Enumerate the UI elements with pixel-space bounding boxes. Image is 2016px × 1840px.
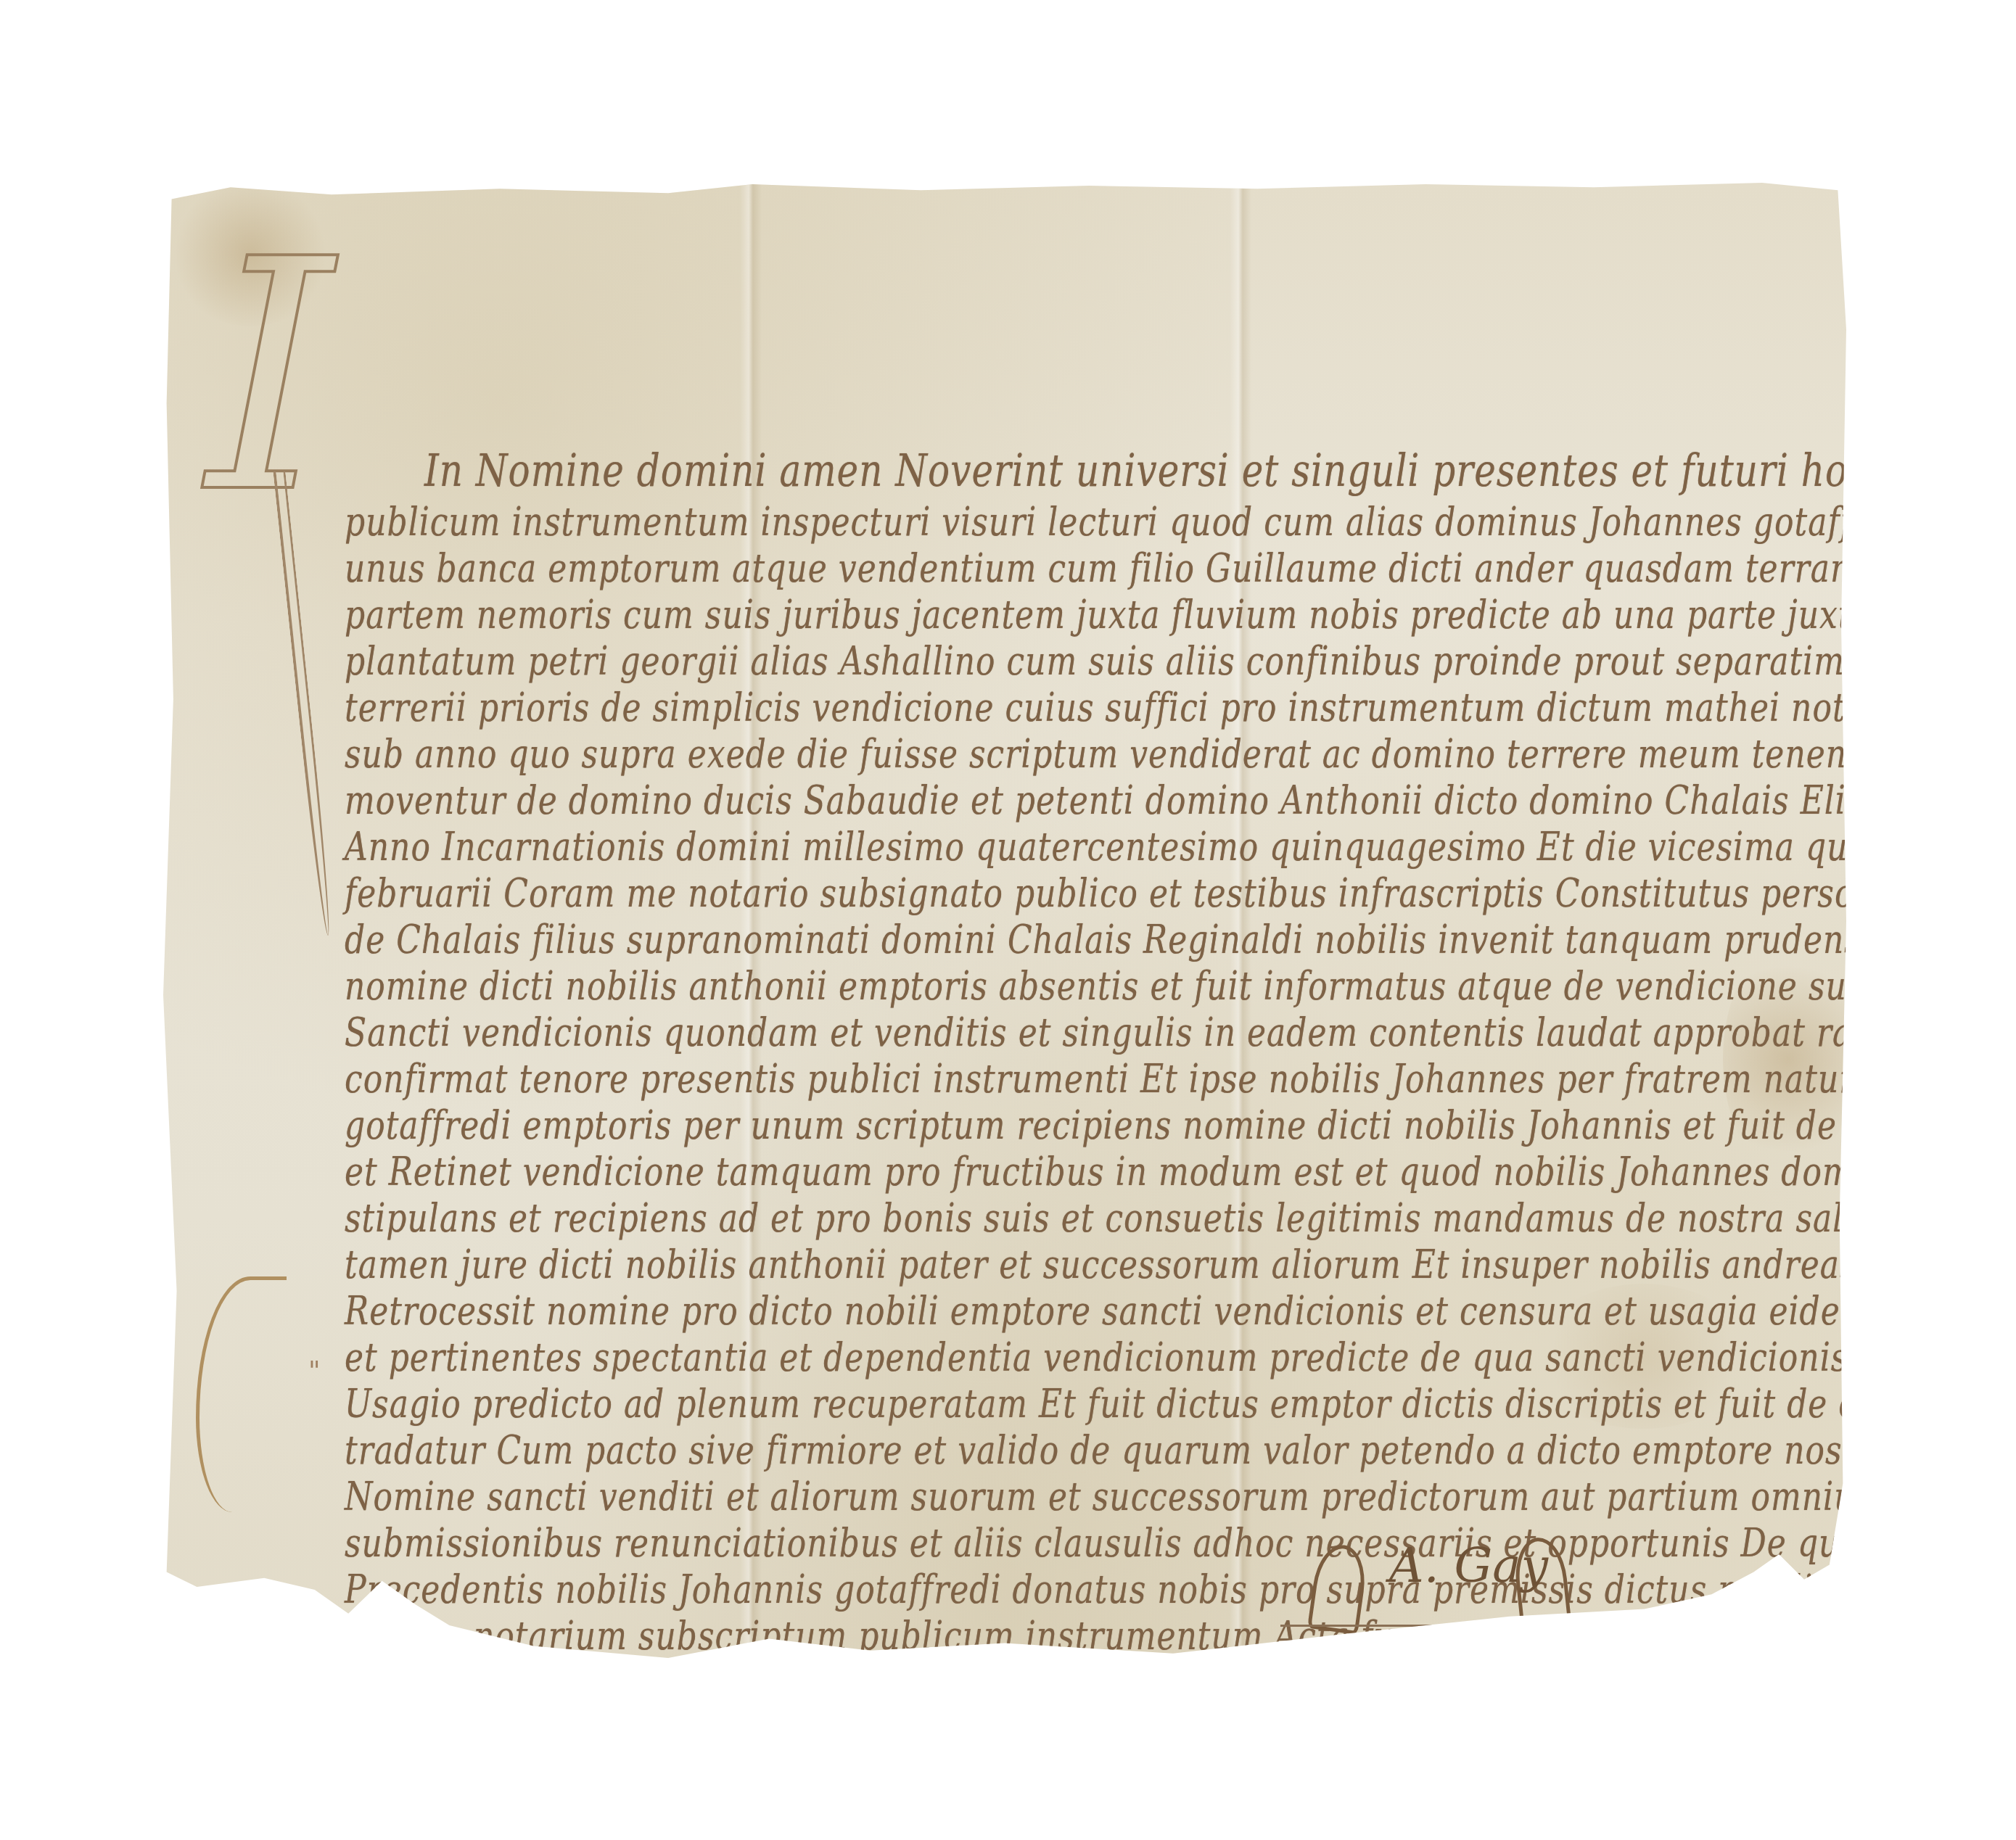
text-line: confirmat tenore presentis publici instr… [345,1056,2016,1102]
text-line: plantatum petri georgii alias Ashallino … [345,638,2016,685]
text-line: partem nemoris cum suis juribus jacentem… [345,592,1872,638]
text-line: unus banca emptorum atque vendentium cum… [345,545,1905,592]
text-line: submissionibus renunciationibus et aliis… [345,1520,2016,1567]
text-line: publicum subscripsi hoc presens manuale … [345,1799,1523,1840]
text-line: publicum instrumentum inspecturi visuri … [345,499,2016,545]
text-line: unum notarium subscriptum predictum Thom… [345,1659,2016,1706]
text-line: gotaffredi emptoris per unum scriptum re… [345,1102,2016,1149]
text-line: Precedentis nobilis Johannis gotaffredi … [345,1567,2016,1613]
text-line: Sancti vendicionis quondam et venditis e… [345,1010,2016,1056]
decorated-initial: I [207,218,333,537]
lower-left-flourish [196,1276,287,1512]
text-line: tradatur Cum pacto sive firmiore et vali… [345,1427,1967,1474]
text-line: Retrocessit nomine pro dicto nobili empt… [345,1288,2016,1334]
text-line: nomine dicti nobilis anthonii emptoris a… [345,963,2016,1010]
text-line: Usagio predicto ad plenum recuperatam Et… [345,1381,2016,1427]
text-line: Anno Incarnationis domini millesimo quat… [345,824,2016,870]
text-line: testibus ad premissa vocatis et rogatis … [345,1706,1877,1752]
notary-signature: A. Gay [1389,1538,1548,1593]
text-line: et pertinentes spectantia et dependentia… [345,1334,2016,1381]
parchment-sheet: I ✣ " In Nomine domini amen Noverint uni… [163,181,1846,1661]
text-line: terrerii prioris de simplicis vendicione… [345,685,2016,731]
photo-stage: I ✣ " In Nomine domini amen Noverint uni… [0,0,2016,1840]
text-line: sub anno quo supra exede die fuisse scri… [345,731,1942,777]
text-line: per me notarium subscriptum publicum ins… [345,1613,2016,1659]
margin-mark: " [308,1356,321,1386]
text-line: februarii Coram me notario subsignato pu… [345,870,2016,917]
text-line: fecit hoc presens publicum instrumentum … [345,1752,2016,1799]
text-line: moventur de domino ducis Sabaudie et pet… [345,777,1970,824]
text-line: de Chalais filius supranominati domini C… [345,917,2016,963]
margin-mark: ✣ [149,624,173,657]
text-line: tamen jure dicti nobilis anthonii pater … [345,1242,2016,1288]
signature-rule [1280,1625,1585,1627]
text-line: Nomine sancti venditi et aliorum suorum … [345,1474,2016,1520]
text-line: et Retinet vendicione tamquam pro fructi… [345,1149,2016,1195]
text-line: In Nomine domini amen Noverint universi … [424,445,2016,498]
text-line: stipulans et recipiens ad et pro bonis s… [345,1195,1883,1242]
